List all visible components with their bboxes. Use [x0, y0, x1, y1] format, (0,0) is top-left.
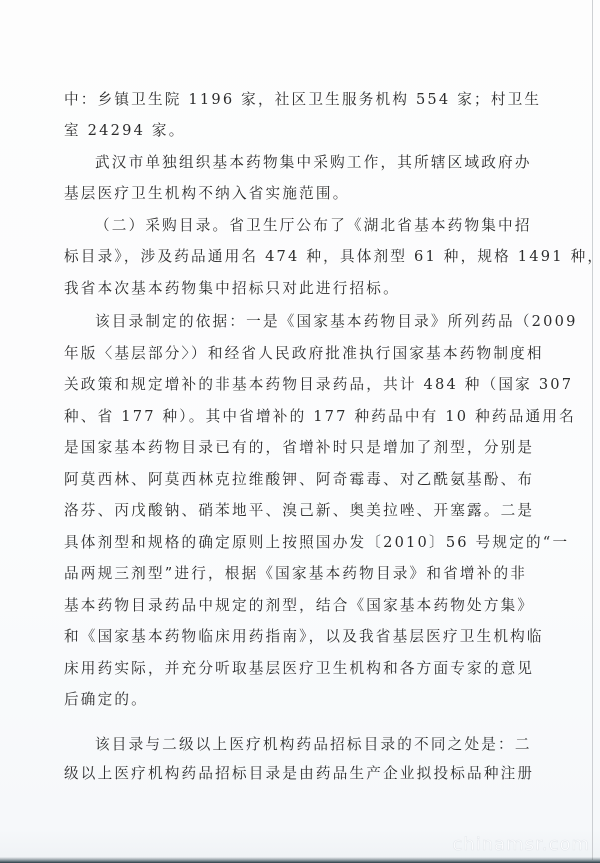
scanned-page: 中：乡镇卫生院 1196 家，社区卫生服务机构 554 家；村卫生室 24294… — [0, 0, 600, 863]
text-line: 标目录》，涉及药品通用名 474 种，具体剂型 61 种，规格 1491 种， — [64, 247, 600, 267]
text-line: 基本药物目录药品中规定的剂型，结合《国家基本药物处方集》 — [64, 596, 534, 616]
text-line: 后确定的。 — [64, 690, 148, 710]
text-line: 床用药实际，并充分听取基层医疗卫生机构和各方面专家的意见 — [64, 659, 534, 679]
paragraph-first-line: 该目录制定的依据：一是《国家基本药物目录》所列药品（2009 — [95, 312, 578, 332]
text-line: 和《国家基本药物临床用药指南》，以及我省基层医疗卫生机构临 — [64, 627, 544, 647]
scan-edge-line — [592, 0, 593, 860]
text-line: 品两规三剂型”进行，根据《国家基本药物目录》和省增补的非 — [64, 564, 527, 584]
text-line: 具体剂型和规格的确定原则上按照国办发〔2010〕56 号规定的“一 — [64, 533, 569, 553]
text-line: 洛芬、丙戊酸钠、硝苯地平、溴己新、奥美拉唑、开塞露。二是 — [64, 501, 534, 521]
text-line: 是国家基本药物目录已有的，省增补时只是增加了剂型，分别是 — [64, 438, 534, 458]
text-line: 种、省 177 种）。其中省增补的 177 种药品中有 10 种药品通用名 — [64, 407, 576, 427]
text-line: 中：乡镇卫生院 1196 家，社区卫生服务机构 554 家；村卫生 — [64, 90, 541, 110]
paragraph-first-line: 该目录与二级以上医疗机构药品招标目录的不同之处是：二 — [95, 735, 532, 755]
scan-bottom-shadow — [0, 857, 600, 863]
text-line: 级以上医疗机构药品招标目录是由药品生产企业拟投标品种注册 — [64, 764, 534, 784]
paragraph-first-line: 武汉市单独组织基本药物集中采购工作，其所辖区域政府办 — [95, 153, 532, 173]
text-line: 基层医疗卫生机构不纳入省实施范围。 — [64, 184, 350, 204]
watermark: chinamsr.com — [452, 834, 590, 855]
text-line: 关政策和规定增补的非基本药物目录药品，共计 484 种（国家 307 — [64, 375, 573, 395]
text-line: 年版〈基层部分〉）和经省人民政府批准执行国家基本药物制度相 — [64, 344, 544, 364]
text-line: 我省本次基本药物集中招标只对此进行招标。 — [64, 279, 400, 299]
paragraph-first-line: （二）采购目录。省卫生厅公布了《湖北省基本药物集中招 — [95, 216, 532, 236]
text-line: 室 24294 家。 — [64, 121, 185, 141]
text-line: 阿莫西林、阿莫西林克拉维酸钾、阿奇霉毒、对乙酰氨基酚、布 — [64, 470, 534, 490]
